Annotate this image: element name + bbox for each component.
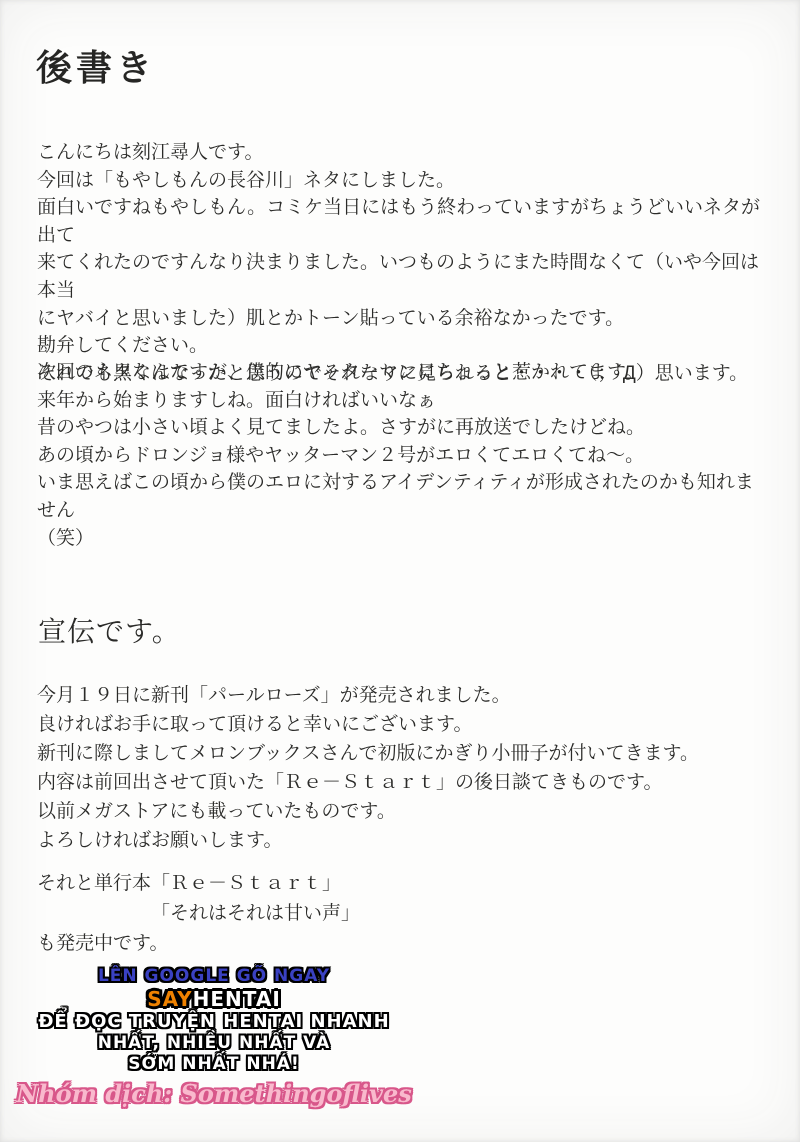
text-line: 以前メガストアにも載っていたものです。 [37,797,772,826]
watermark-sayhentai-line: SAYHENTAI [0,987,428,1011]
promo-paragraph-1: 今月１９日に新刊「パールローズ」が発売されました。 良ければお手に取って頂けると… [37,681,772,855]
text-line: 面白いですねもやしもん。コミケ当日にはもう終わっていますがちょうどいいネタが出て [37,194,772,249]
text-line: にヤバイと思いました）肌とかトーン貼っている余裕なかったです。 [37,305,772,333]
watermark-slogan-line-1: ĐỂ ĐỌC TRUYỆN HENTAI NHANH [0,1011,428,1033]
text-line: 新刊に際しましてメロンブックスさんで初版にかぎり小冊子が付いてきます。 [37,739,772,768]
text-line: 今回は「もやしもんの長谷川」ネタにしました。 [37,167,772,195]
text-line: 「それはそれは甘い声」 [37,899,772,929]
text-line: 勘弁してください。 [37,332,772,360]
text-line: 昔のやつは小さい頃よく見てましたよ。さすがに再放送でしたけどね。 [37,414,772,442]
text-line: 良ければお手に取って頂けると幸いにございます。 [37,710,772,739]
text-line: 来年から始まりますしね。面白ければいいなぁ [37,387,772,415]
text-line: いま思えばこの頃から僕のエロに対するアイデンティティが形成されたのかも知れません [37,469,772,524]
watermark-google-line: LÊN GOOGLE GÕ NGAY [0,966,428,987]
watermark-slogan-line-2: NHẤT, NHIỀU NHẤT VÀ [0,1033,428,1054]
translator-watermark: LÊN GOOGLE GÕ NGAY SAYHENTAI ĐỂ ĐỌC TRUY… [0,966,428,1108]
afterword-paragraph-1: こんにちは刻江尋人です。 今回は「もやしもんの長谷川」ネタにしました。 面白いで… [37,139,772,387]
watermark-group-name: Nhóm dịch: Somethingoflives [0,1079,428,1108]
page-title: 後書き [36,40,156,91]
text-line: よろしければお願いします。 [37,826,772,855]
text-line: それと単行本「Ｒｅ－Ｓｔａｒｔ」 [37,869,772,899]
text-line: 内容は前回出させて頂いた「Ｒｅ－Ｓｔａｒｔ」の後日談てきものです。 [37,768,772,797]
text-line: も発売中です。 [37,929,772,959]
text-line: 来てくれたのですんなり決まりました。いつものようにまた時間なくて（いや今回は本当 [37,249,772,304]
afterword-paragraph-2: 次回のネタなんですが、僕的にヤッターマンにちょっと惹かれてます。 来年から始まり… [37,359,772,552]
afterword-page: 後書き こんにちは刻江尋人です。 今回は「もやしもんの長谷川」ネタにしました。 … [0,0,800,1142]
text-line: あの頃からドロンジョ様やヤッターマン２号がエロくてエロくてね～。 [37,442,772,470]
text-line: 今月１９日に新刊「パールローズ」が発売されました。 [37,681,772,710]
text-line: こんにちは刻江尋人です。 [37,139,772,167]
watermark-hentai-text: HENTAI [193,987,281,1011]
watermark-say-text: SAY [147,987,192,1011]
watermark-slogan-line-3: SỚM NHẤT NHÁ! [0,1054,428,1075]
text-line: 次回のネタなんですが、僕的にヤッターマンにちょっと惹かれてます。 [37,359,772,387]
promo-paragraph-2: それと単行本「Ｒｅ－Ｓｔａｒｔ」 「それはそれは甘い声」 も発売中です。 [37,869,772,959]
text-line: （笑） [37,525,772,553]
promo-section-title: 宣伝です。 [38,610,181,650]
